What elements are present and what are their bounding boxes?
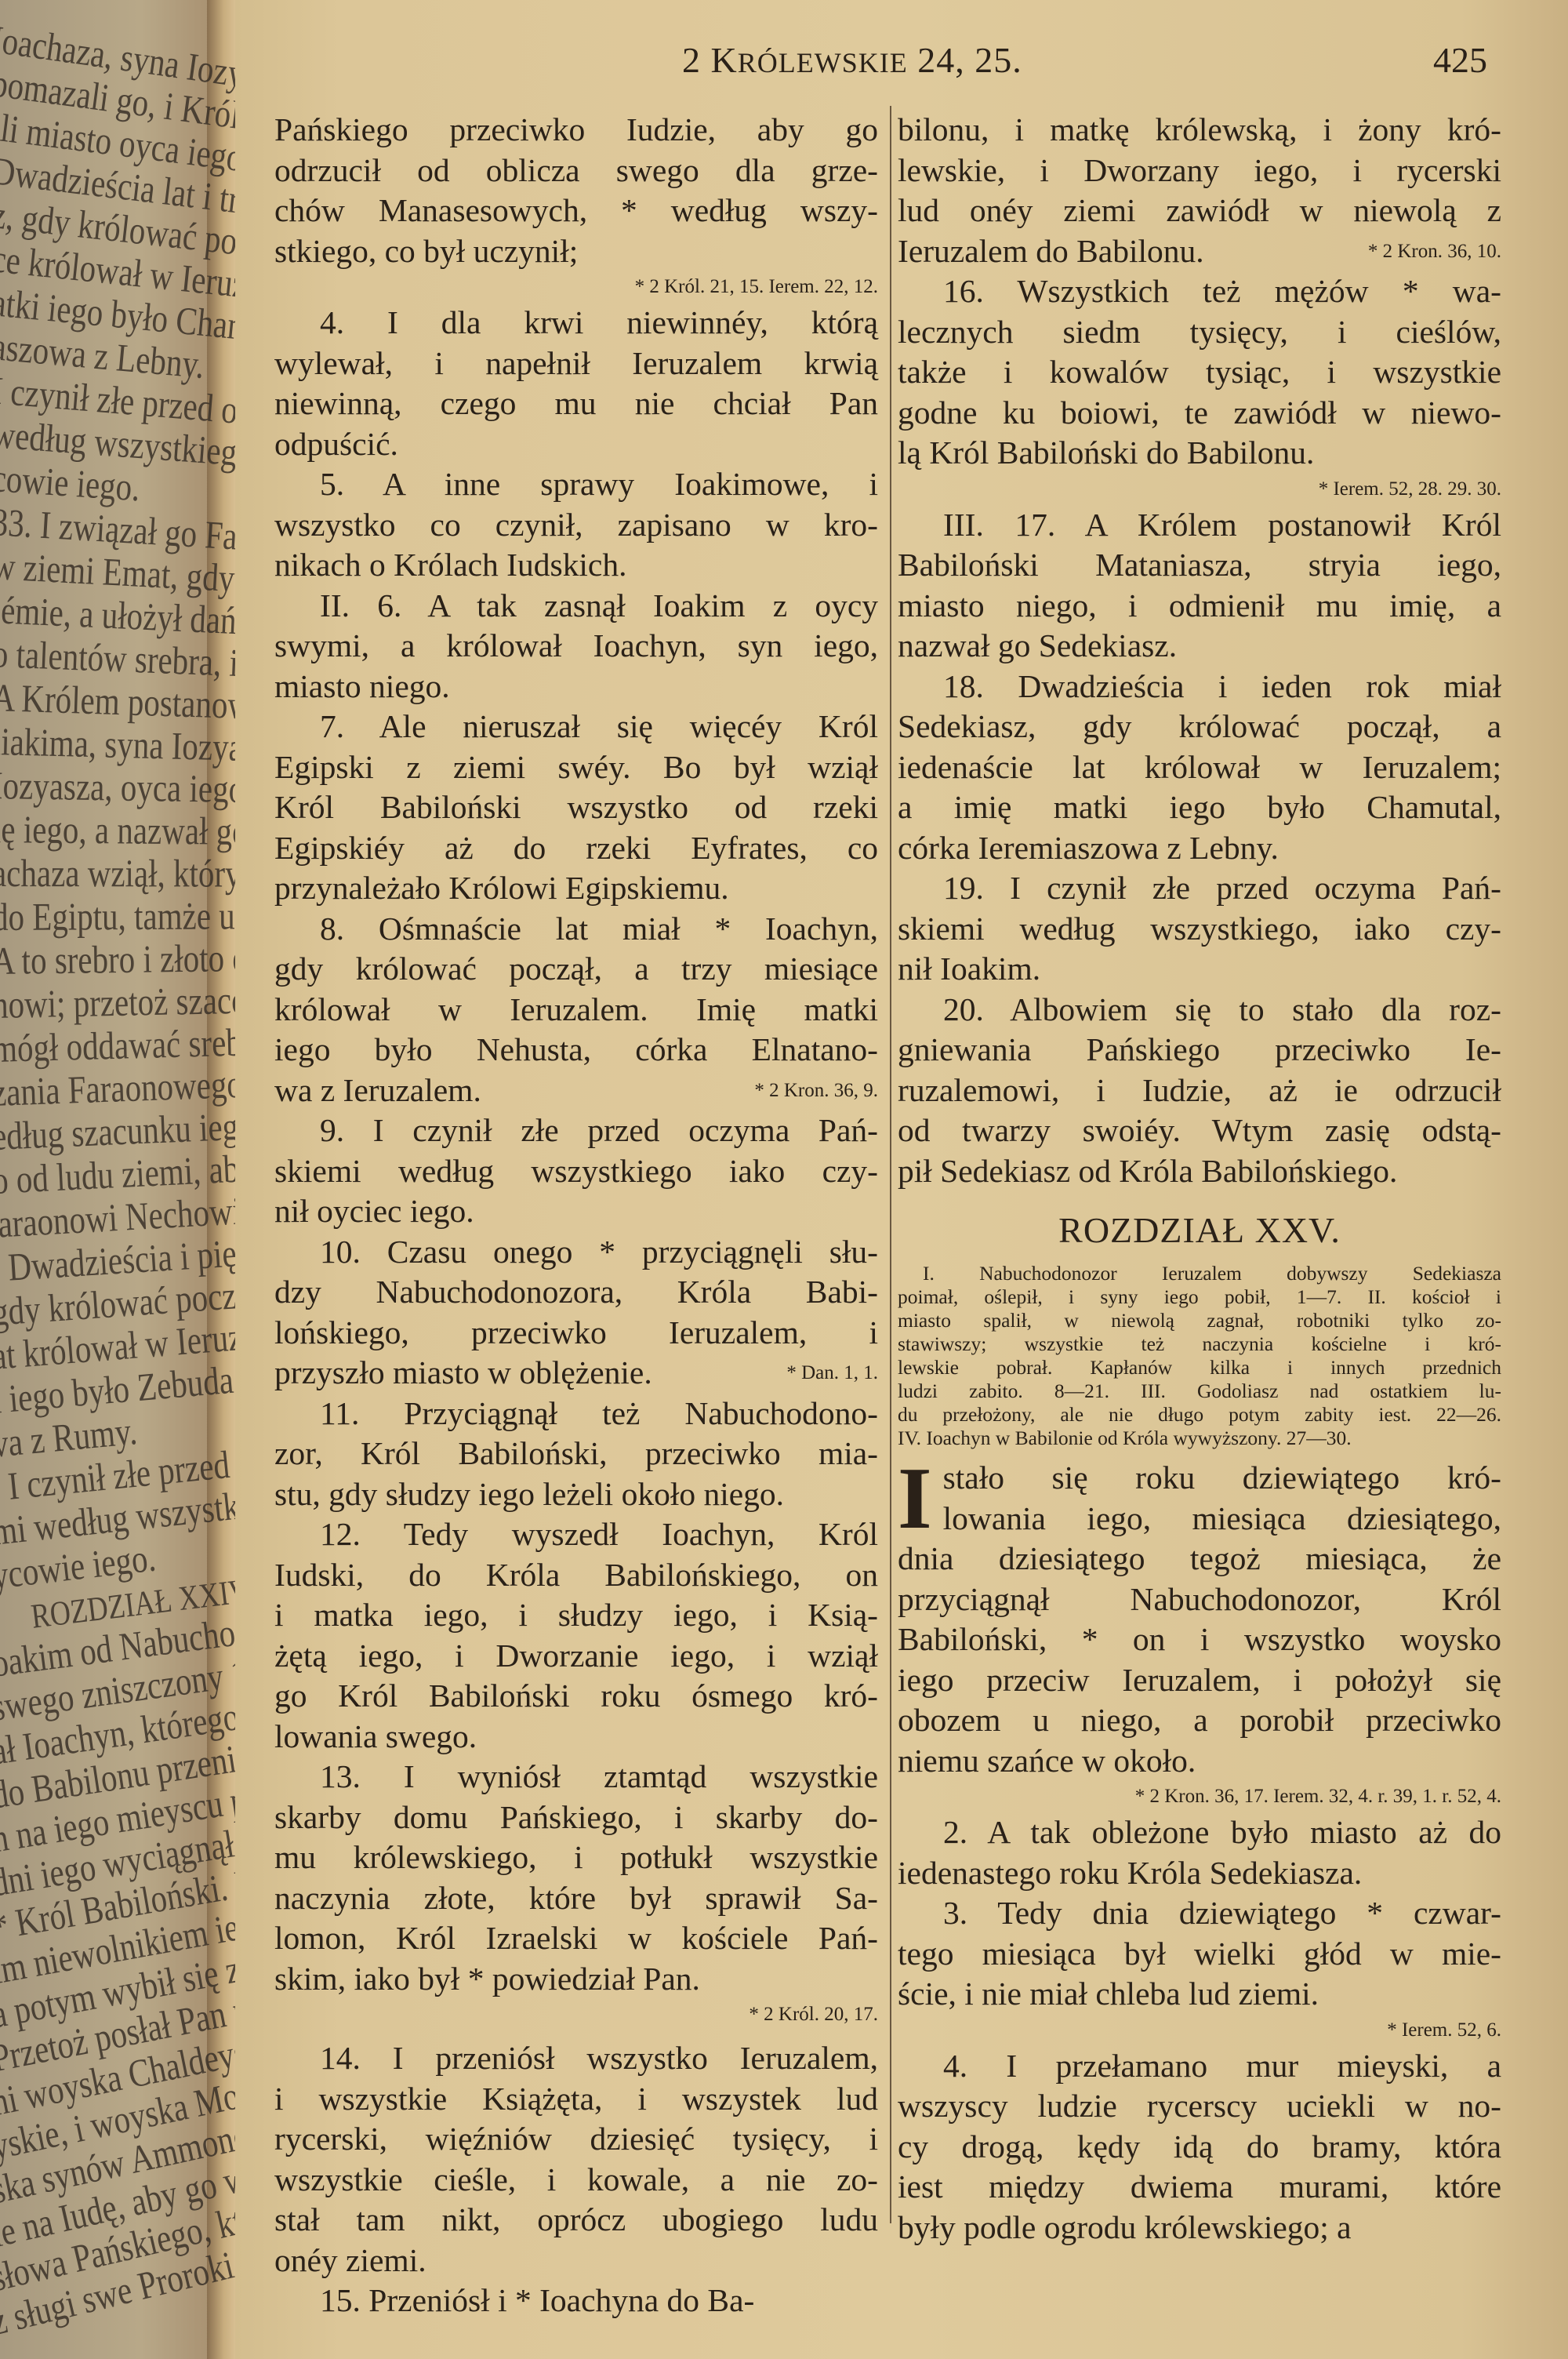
verse-8-line: iego było Nehusta, córka Elnatano- [274,1030,878,1070]
verse-12-line: lowania swego. [274,1717,878,1757]
summary-line: poimał, oślepił, i syny iego pobił, 1—7.… [898,1285,1501,1309]
cross-reference: * Dan. 1, 1. [786,1353,878,1394]
verse-10-line: dzy Nabuchodonozora, Króla Babi- [274,1272,878,1313]
verse-5-line: 5. A inne sprawy Ioakimowe, i [274,464,878,505]
verse-8-line: królował w Ieruzalem. Imię matki [274,990,878,1030]
summary-line: ludzi zabito. 8—21. III. Godoliasz nad o… [898,1379,1501,1403]
chapter-heading: ROZDZIAŁ XXV. [898,1207,1501,1254]
verse-15-line: lud onéy ziemi zawiódł w niewolą z [898,191,1501,231]
verse-3-line: chów Manasesowych, * według wszy- [274,191,878,231]
verse-19-line: nił Ioakim. [898,949,1501,990]
verse-16-line: także i kowalów tysiąc, i wszystkie [898,352,1501,393]
verse-16-line: 16. Wszystkich też mężów * wa- [898,271,1501,312]
book-page: 2 KRÓLEWSKIE 24, 25. 425 Pańskiego przec… [235,0,1568,2359]
previous-page-line: do Egiptu, tamże umarł. [0,892,235,940]
verse-18-line: Sedekiasz, gdy królować począł, a [898,707,1501,747]
previous-page-line: Iozyasza, oyca iego, i od [0,762,235,812]
verse-7-line: 7. Ale nieruszał się więcéy Król [274,707,878,747]
column-divider [890,106,891,2223]
verse-8-line: 8. Ośmnaście lat miał * Ioachyn, [274,909,878,950]
verse-10-line: 10. Czasu onego * przyciągnęli słu- [274,1232,878,1273]
verse-11-line: stu, gdy słudzy iego leżeli około niego. [274,1474,878,1515]
verse-14-line: stał tam nikt, oprócz ubogiego ludu [274,2200,878,2241]
verse-1-line: niemu szańce w około. [898,1741,1501,1782]
verse-3-line: odrzucił od oblicza swego dla grze- [274,151,878,191]
cross-reference: * 2 Kron. 36, 17. Ierem. 32, 4. r. 39, 1… [898,1781,1501,1812]
verse-15-line: lewskie, i Dworzany iego, i rycerski [898,151,1501,191]
verse-17-line: III. 17. A Królem postanowił Król [898,505,1501,546]
verse-10-line: przyszło miasto w oblężenie.* Dan. 1, 1. [274,1353,878,1394]
verse-13-line: skim, iako był * powiedział Pan. [274,1959,878,2000]
verse-18-line: córka Ieremiaszowa z Lebny. [898,828,1501,869]
summary-line: stawiwszy; wszystkie też naczynia koście… [898,1332,1501,1356]
verse-4-line: wylewał, i napełnił Ieruzalem krwią [274,343,878,384]
verse-5-line: wszystko co czynił, zapisano w kro- [274,505,878,546]
verse-7-line: przynależało Królowi Egipskiemu. [274,868,878,909]
verse-6-line: II. 6. A tak zasnął Ioakim z oycy [274,586,878,627]
verse-1-line: dnia dziesiątego tegoż miesiąca, że [898,1539,1501,1579]
verse-20-line: ruzalemowi, i Iudzie, aż ie odrzucił [898,1070,1501,1111]
summary-line: I. Nabuchodonozor Ieruzalem dobywszy Sed… [898,1262,1501,1285]
verse-2-line: 2. A tak obleżone było miasto aż do [898,1812,1501,1853]
spacer [898,1450,1501,1458]
verse-3-line: Pańskiego przeciwko Iudzie, aby go [274,110,878,151]
verse-1-line: lowania iego, miesiąca dziesiątego, [898,1499,1501,1539]
verse-8-line: gdy królować począł, a trzy miesiące [274,949,878,990]
verse-11-line: zor, Król Babiloński, przeciwko mia- [274,1434,878,1474]
verse-4-line: cy drogą, kędy idą do bramy, która [898,2127,1501,2168]
verse-12-line: i matka iego, i słudzy iego, i Ksią- [274,1595,878,1636]
verse-20-line: od twarzy swoiéy. Wtym zasię odstą- [898,1110,1501,1151]
left-column: Pańskiego przeciwko Iudzie, aby goodrzuc… [274,110,878,2321]
previous-page-line: ię iego, a nazwał go Ioa [0,806,235,854]
verse-4-line: były podle ogrodu królewskiego; a [898,2208,1501,2248]
right-column: bilonu, i matkę królewską, i żony kró-le… [898,110,1501,2248]
verse-20-line: gniewania Pańskiego przeciwko Ie- [898,1030,1501,1070]
verse-6-line: swymi, a królował Ioachyn, syn iego, [274,626,878,667]
verse-16-line: lecznych siedm tysięcy, i cieślów, [898,312,1501,353]
running-header: 2 KRÓLEWSKIE 24, 25. 425 [235,39,1568,94]
summary-line: lewskie pobrał. Kapłanów kilka i innych … [898,1356,1501,1379]
verse-14-line: wszystkie cieśle, i kowale, a nie zo- [274,2160,878,2201]
verse-13-line: lomon, Król Izraelski w kościele Pań- [274,1918,878,1959]
verse-7-line: Egipski z ziemi swéy. Bo był wziął [274,747,878,788]
drop-cap: I [898,1461,932,1536]
verse-15-line: Ieruzalem do Babilonu.* 2 Kron. 36, 10. [898,231,1501,272]
verse-14-line: 14. I przeniósł wszystko Ieruzalem, [274,2038,878,2079]
chapter-summary: I. Nabuchodonozor Ieruzalem dobywszy Sed… [898,1262,1501,1450]
verse-18-line: 18. Dwadzieścia i ieden rok miał [898,667,1501,707]
cross-reference: * 2 Kron. 36, 9. [754,1070,878,1111]
verse-4-line: 4. I przełamano mur mieyski, a [898,2046,1501,2087]
verse-13-line: mu królewskiego, i potłukł wszystkie [274,1837,878,1878]
verse-17-line: nazwał go Sedekiasz. [898,626,1501,667]
verse-16-line: godne ku boiowi, te zawiódł w niewo- [898,393,1501,434]
verse-3-line: stkiego, co był uczynił; [274,231,878,272]
verse-9-line: skiemi według wszystkiego iako czy- [274,1151,878,1192]
verse-6-line: miasto niego. [274,667,878,707]
verse-13-line: naczynia złote, które był sprawił Sa- [274,1878,878,1919]
verse-12-line: żętą iego, i Dworzanie iego, i wziął [274,1636,878,1677]
verse-3-line: ście, i nie miał chleba lud ziemi. [898,1974,1501,2015]
verse-14-line: onéy ziemi. [274,2241,878,2281]
verse-17-line: Babiloński Mataniasza, stryia iego, [898,545,1501,586]
verse-16-line: lą Król Babiloński do Babilonu. [898,433,1501,474]
verse-7-line: Król Babiloński wszystko od rzeki [274,787,878,828]
verse-15-line: 15. Przeniósł i * Ioachyna do Ba- [274,2281,878,2321]
previous-page-line: A to srebro i złoto dawał Io [0,934,235,983]
verse-4-line: wszyscy ludzie rycerscy uciekli w no- [898,2086,1501,2127]
verse-3-line: 3. Tedy dnia dziewiątego * czwar- [898,1893,1501,1934]
verse-1-line: iego przeciw Ieruzalem, i położył się [898,1660,1501,1701]
cross-reference: * 2 Król. 21, 15. Ierem. 22, 12. [274,271,878,303]
verse-9-line: nił oyciec iego. [274,1191,878,1232]
spacer [274,2030,878,2038]
verse-12-line: 12. Tedy wyszedł Ioachyn, Król [274,1514,878,1555]
verse-9-line: 9. I czynił złe przed oczyma Pań- [274,1110,878,1151]
cross-reference: * 2 Kron. 36, 10. [1368,231,1501,272]
verse-4-line: niewinną, czego mu nie chciał Pan [274,383,878,424]
verse-1-line: obozem u niego, a porobił przeciwko [898,1700,1501,1741]
verse-12-line: go Król Babiloński roku ósmego kró- [274,1676,878,1717]
verse-4-line: iest między dwiema murami, które [898,2167,1501,2208]
summary-line: miasto spalił, w niewolą zagnał, robotni… [898,1309,1501,1332]
summary-line: IV. Ioachyn w Babilonie od Króla wywyższ… [898,1427,1501,1450]
verse-1-line: Babiloński, * on i wszystko woysko [898,1619,1501,1660]
verse-14-line: i wszystkie Książęta, i wszystek lud [274,2079,878,2120]
verse-13-line: 13. I wyniósł ztamtąd wszystkie [274,1757,878,1797]
verse-1-line: przyciągnął Nabuchodonozor, Król [898,1579,1501,1620]
verse-20-line: pił Sedekiasz od Króla Babilońskiego. [898,1151,1501,1192]
page-number: 425 [1433,39,1487,81]
verse-20-line: 20. Albowiem się to stało dla roz- [898,990,1501,1030]
verse-1: Istało się roku dziewiątego kró-lowania … [898,1458,1501,1781]
verse-7-line: Egipskiéy aż do rzeki Eyfrates, co [274,828,878,869]
cross-reference: * 2 Król. 20, 17. [274,1999,878,2030]
verse-10-line: lońskiego, przeciwko Ieruzalem, i [274,1313,878,1354]
verse-18-line: a imię matki iego było Chamutal, [898,787,1501,828]
verse-15-line: bilonu, i matkę królewską, i żony kró- [898,110,1501,151]
verse-12-line: Iudski, do Króla Babilońskiego, on [274,1555,878,1596]
verse-14-line: rycerski, więźniów dziesięć tysięcy, i [274,2119,878,2160]
summary-line: du przełożony, ale nie długo potym zabit… [898,1403,1501,1427]
verse-1-line: stało się roku dziewiątego kró- [898,1458,1501,1499]
cross-reference: * Ierem. 52, 28. 29. 30. [898,474,1501,505]
verse-4-line: 4. I dla krwi niewinnéy, którą [274,303,878,343]
verse-8-line: wa z Ieruzalem.* 2 Kron. 36, 9. [274,1070,878,1111]
verse-4-line: odpuścić. [274,424,878,465]
cross-reference: * Ierem. 52, 6. [898,2015,1501,2046]
verse-3-line: tego miesiąca był wielki głód w mie- [898,1934,1501,1975]
verse-19-line: 19. I czynił złe przed oczyma Pań- [898,868,1501,909]
previous-page-line: nowi; przetoż szacował zie [0,976,235,1027]
verse-17-line: miasto niego, i odmienił mu imię, a [898,586,1501,627]
verse-5-line: nikach o Królach Iudskich. [274,545,878,586]
verse-2-line: iedenastego roku Króla Sedekiasza. [898,1853,1501,1894]
verse-19-line: skiemi według wszystkiego, iako czy- [898,909,1501,950]
running-title: 2 KRÓLEWSKIE 24, 25. [682,39,1022,81]
verse-13-line: skarby domu Pańskiego, i skarby do- [274,1797,878,1838]
previous-page-line: achaza wziął, który, gdy p [0,850,235,896]
previous-page-edge: Ioachaza, syna Iozyaszapomazali go, i Kr… [0,0,235,2359]
verse-18-line: iedenaście lat królował w Ieruzalem; [898,747,1501,788]
verse-11-line: 11. Przyciągnął też Nabuchodono- [274,1394,878,1434]
